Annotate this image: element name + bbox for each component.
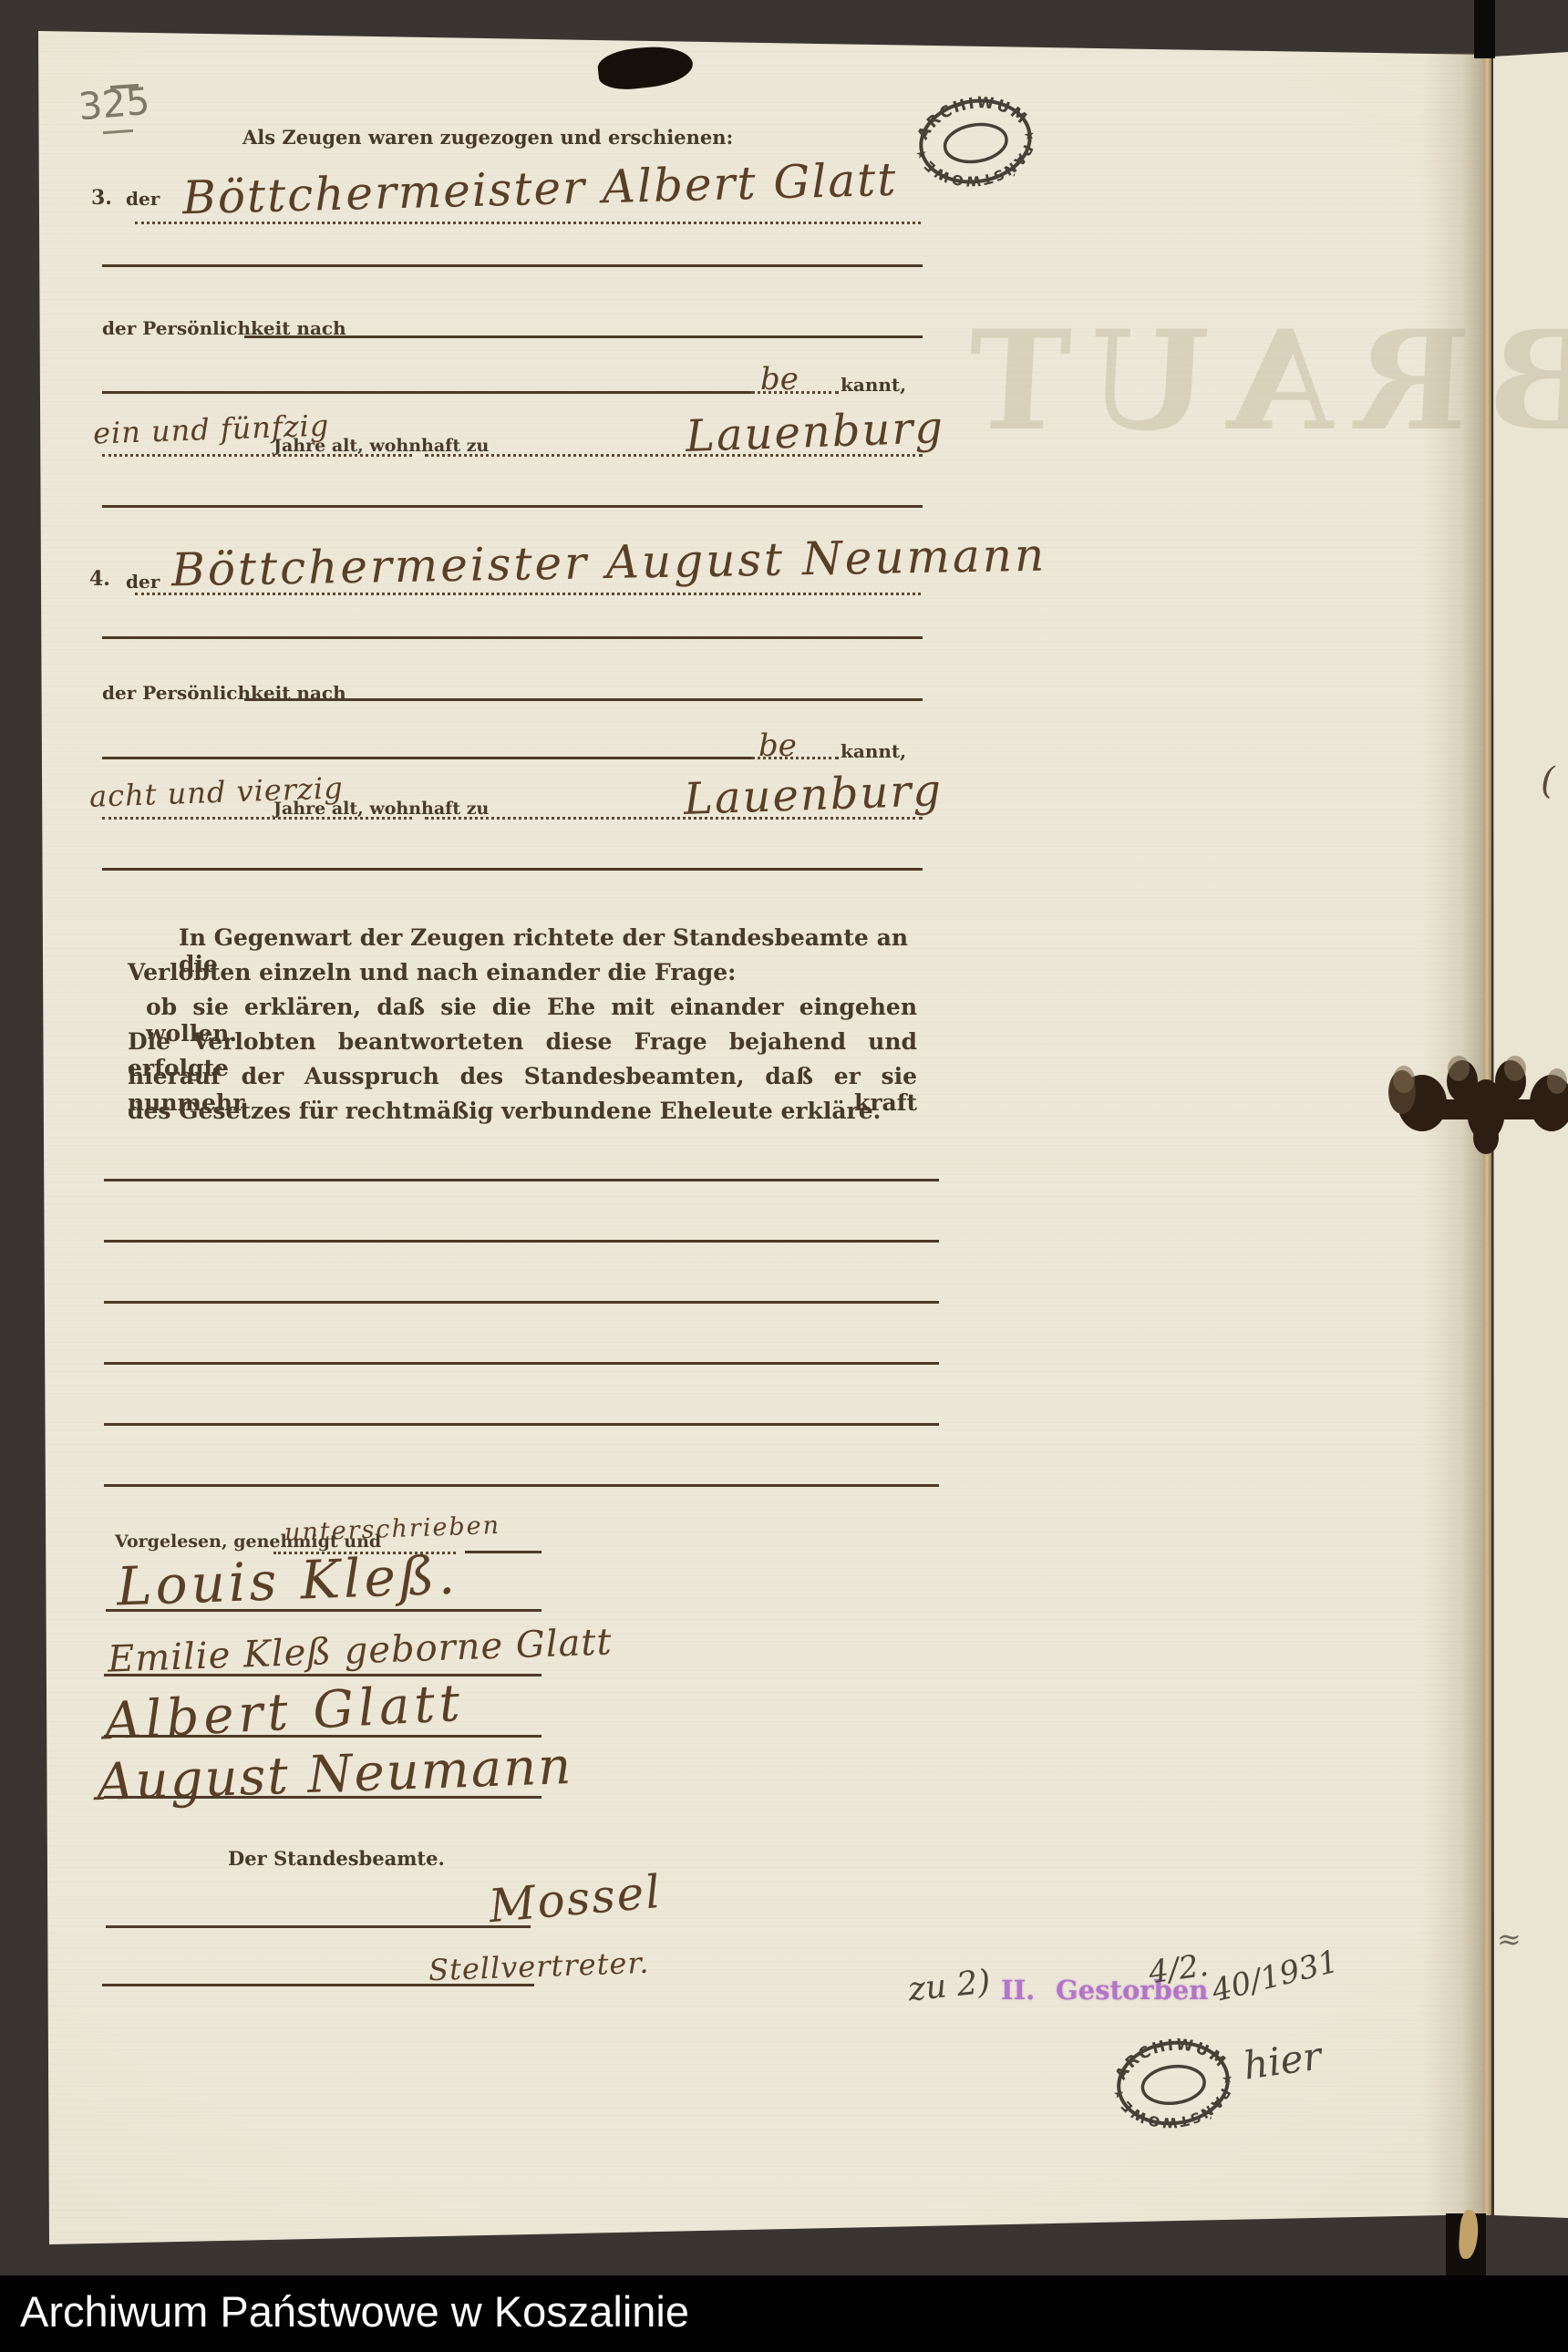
ruled-line [102,391,751,394]
ruled-line [104,1240,939,1243]
star-icon: ★ [914,147,928,163]
witness4-known-print: kannt, [841,740,906,762]
witness3-age-print: Jahre alt, wohnhaft zu [273,436,489,456]
stamp-word-top: ARCHIWUM [1109,2029,1232,2085]
witness4-age-print: Jahre alt, wohnhaft zu [273,799,489,819]
archive-stamp-top: ARCHIWUM PAŃSTWOWE ★ ★ [900,79,1051,203]
witness4-residence: Lauenburg [683,765,944,825]
ruled-line [102,868,923,871]
signature-line [106,1609,542,1612]
witness3-known-print: kannt, [841,374,906,396]
signature-line [106,1925,531,1928]
archive-name-label: Archiwum Państwowe w Koszalinie [20,2286,689,2337]
dotted-line [135,222,921,224]
svg-text:PAŃSTWOWE: PAŃSTWOWE [1116,2084,1238,2138]
ruled-line [465,1551,542,1553]
ruled-line [244,335,923,338]
star-icon: ★ [1023,128,1037,144]
signature-line [104,1735,542,1738]
stamp-word-bottom: PAŃSTWOWE [1116,2084,1238,2138]
ruled-line [104,1423,939,1426]
signature-line [102,1984,534,1986]
ruled-line [102,505,923,508]
registrar-title: Der Standesbeamte. [228,1847,445,1870]
star-icon: ★ [1112,2087,1125,2102]
svg-text:ARCHIWUM: ARCHIWUM [1109,2029,1232,2085]
ruled-line [104,1362,939,1365]
witness4-article: der [126,571,160,593]
dotted-line [102,454,412,457]
binding-notch [1474,0,1495,58]
declaration-line: Verlobten einzeln und nach einander die … [128,959,736,985]
archive-stamp-bottom: ARCHIWUM PAŃSTWOWE ★ ★ [1099,2023,1248,2142]
margin-mark: ( [1541,760,1555,802]
ruled-line [104,1179,939,1181]
witness4-known-hand: be [758,727,797,764]
ruled-line [104,1301,939,1304]
witness3-residence: Lauenburg [685,402,945,462]
death-stamp-roman: II. [1001,1975,1035,2006]
dotted-line [102,817,412,820]
ink-blot [1378,1026,1568,1185]
dotted-line [135,593,921,595]
declaration-line: des Gesetzes für rechtmäßig verbundene E… [128,1098,881,1124]
star-icon: ★ [1221,2071,1233,2087]
witness3-known-hand: be [760,361,799,397]
signature-groom: Louis Kleß. [116,1543,459,1617]
witness3-index: 3. [91,186,112,210]
ruled-line [102,264,923,267]
ruled-line [102,757,751,759]
scanned-document: BRAUT 325 ARCHIWUM PAŃSTWOWE ★ ★ Als Zeu… [0,0,1568,2352]
ruled-line [102,636,923,639]
signature-line [104,1674,542,1676]
signature-line [104,1796,542,1799]
witness4-index: 4. [89,567,110,591]
ruled-line [244,698,923,701]
section-heading: Als Zeugen waren zugezogen und erschiene… [242,126,733,149]
ruled-line [104,1484,939,1487]
showthrough-text: BRAUT [944,301,1568,461]
pencil-mark: ≈ [1497,1922,1522,1956]
witness3-article: der [126,188,160,210]
